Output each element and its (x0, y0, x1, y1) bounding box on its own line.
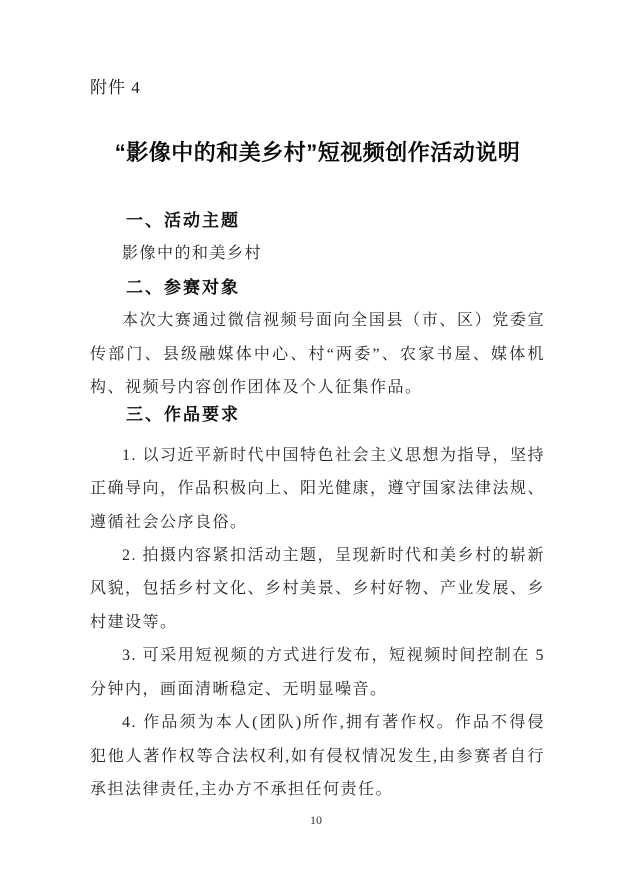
document-page: 附件 4 “影像中的和美乡村”短视频创作活动说明 一、活动主题 影像中的和美乡村… (0, 0, 632, 892)
page-content: 附件 4 “影像中的和美乡村”短视频创作活动说明 一、活动主题 影像中的和美乡村… (0, 0, 632, 806)
document-title: “影像中的和美乡村”短视频创作活动说明 (90, 138, 545, 168)
document-body: 一、活动主题 影像中的和美乡村 二、参赛对象 本次大赛通过微信视频号面向全国县（… (90, 204, 545, 806)
paragraph-requirement-1: 1. 以习近平新时代中国特色社会主义思想为指导，坚持正确导向，作品积极向上、阳光… (90, 439, 545, 539)
paragraph-requirement-2: 2. 拍摄内容紧扣活动主题，呈现新时代和美乡村的崭新风貌，包括乡村文化、乡村美景… (90, 539, 545, 639)
section-heading-activity-theme: 一、活动主题 (90, 204, 545, 237)
section-heading-participants: 二、参赛对象 (90, 271, 545, 304)
paragraph-activity-theme: 影像中的和美乡村 (90, 237, 545, 270)
attachment-label: 附件 4 (90, 78, 545, 98)
page-number: 10 (0, 812, 632, 828)
paragraph-requirement-3: 3. 可采用短视频的方式进行发布，短视频时间控制在 5 分钟内，画面清晰稳定、无… (90, 639, 545, 706)
paragraph-participants: 本次大赛通过微信视频号面向全国县（市、区）党委宣传部门、县级融媒体中心、村“两委… (90, 304, 545, 404)
paragraph-requirement-4: 4. 作品须为本人(团队)所作,拥有著作权。作品不得侵犯他人著作权等合法权利,如… (90, 706, 545, 806)
